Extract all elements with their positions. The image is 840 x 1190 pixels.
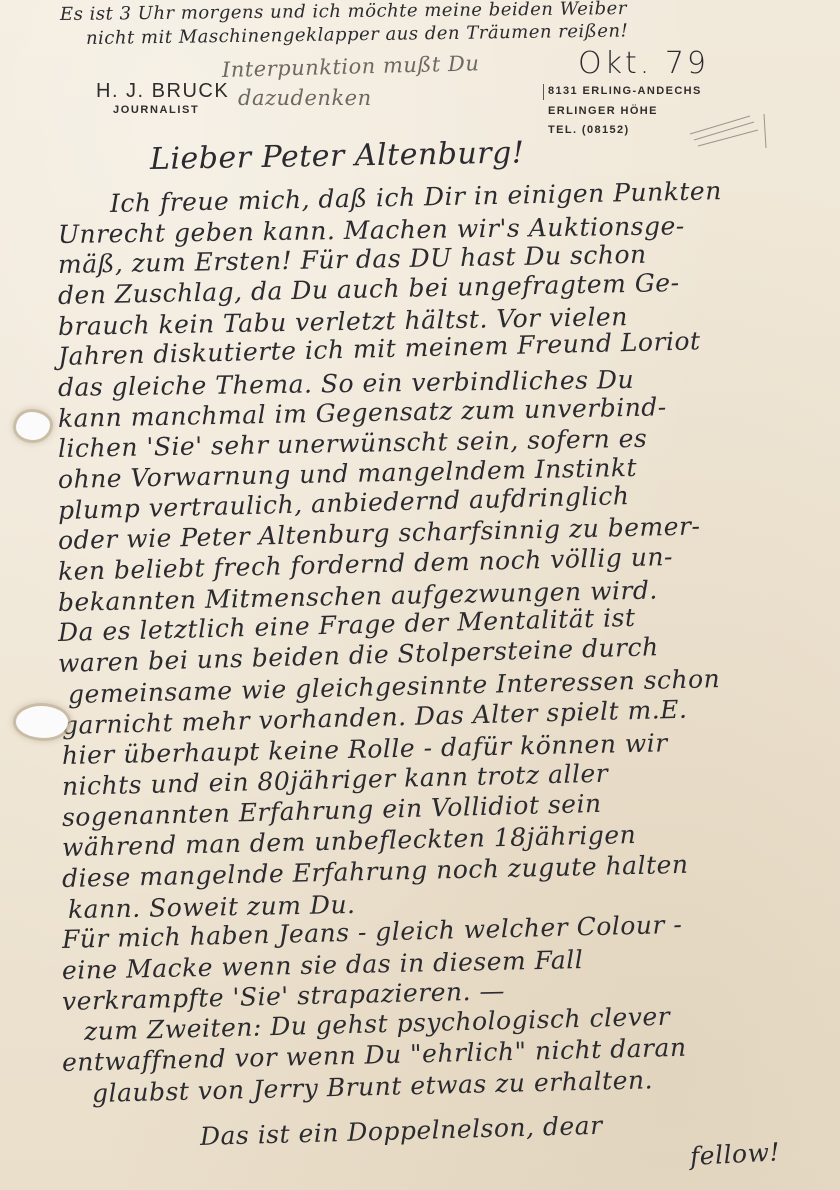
letterhead-title: JOURNALIST	[113, 104, 199, 116]
pencil-note-line-2: dazudenken	[238, 86, 372, 110]
address-line: 8131 ERLING-ANDECHS	[548, 82, 702, 102]
pencil-note-line-1: Interpunktion mußt Du	[222, 51, 480, 82]
letterhead-name: H. J. BRUCK	[96, 80, 229, 103]
header-note-line-2: nicht mit Maschinengeklapper aus den Trä…	[86, 20, 629, 49]
pencil-scribble-icon	[680, 110, 770, 150]
punch-hole	[16, 412, 50, 440]
letter-date: Okt. 79	[578, 46, 709, 81]
letter-page: Es ist 3 Uhr morgens und ich möchte mein…	[0, 0, 840, 1190]
salutation: Lieber Peter Altenburg!	[150, 135, 525, 177]
body-line: fellow!	[689, 1137, 780, 1171]
address-line: ERLINGER HÖHE	[548, 102, 702, 122]
punch-hole	[16, 706, 68, 738]
letterhead-address: 8131 ERLING-ANDECHS ERLINGER HÖHE TEL. (…	[548, 82, 702, 141]
body-line: Das ist ein Doppelnelson, dear	[200, 1111, 603, 1151]
address-line: TEL. (08152)	[548, 121, 702, 141]
address-divider	[543, 84, 544, 100]
